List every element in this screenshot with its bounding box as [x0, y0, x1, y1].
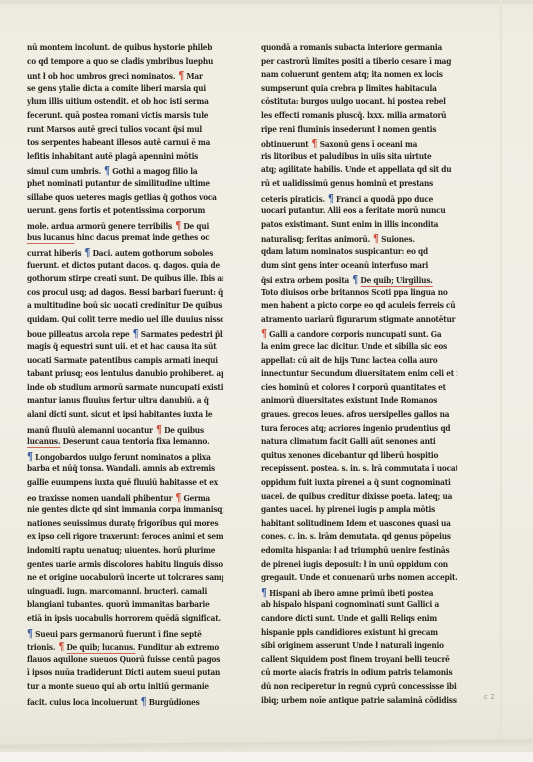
- line-text: tura feroces atq; acriores ingenio prude…: [261, 424, 450, 434]
- line-text: boue pilleatus arcola repe: [27, 330, 130, 340]
- rubric-section-start: Hispani ab ibero amne primū ibeti postea: [267, 589, 434, 599]
- rubric-underline: lucanus.: [27, 437, 60, 448]
- text-line: cies hominū et colores ł corporū quantit…: [261, 382, 457, 396]
- text-line: facit. cuius loca incoluerunt ¶ Burgūdio…: [27, 695, 223, 709]
- line-text: nie gentes dicte qd sint immania corpa i…: [27, 505, 223, 515]
- text-line: ab hispalo hispani cognominati sunt Gall…: [261, 599, 457, 613]
- line-text: cies hominū et colores ł corporū quantit…: [261, 383, 446, 393]
- rubric-section-start: De quib; Uirgilius.: [358, 276, 433, 287]
- text-line: currat hiberis ¶ Daci. autem gothorum so…: [27, 246, 223, 260]
- blue-pilcrow-icon: ¶: [130, 327, 139, 340]
- text-line: ī ipsos nuūa tradiderunt Dicti autem sue…: [27, 667, 223, 681]
- red-pilcrow-icon: ¶: [308, 137, 317, 150]
- line-text: blangiani tubantes. quorū immanitas barb…: [27, 600, 210, 610]
- text-line: quitus xenones dicebantur qd liberū hosp…: [261, 450, 457, 464]
- rubric-section-start: Saxonū gens ī oceani ma: [317, 140, 417, 150]
- line-text: uocati Sarmate patentibus campis armati …: [27, 356, 218, 366]
- line-text: alani dicti sunt. sicut et ipsi habitant…: [27, 410, 212, 420]
- text-line: ceteris piraticis. ¶ Franci a quodā ppo …: [261, 192, 457, 206]
- line-text: nam coluerunt gentem atq; ita nomen ex l…: [261, 70, 443, 80]
- rubric-underline: De quib; lucanus.: [66, 643, 135, 654]
- line-text: natura climatum facit Galli aūt senones …: [261, 437, 436, 447]
- text-line: quondā a romanis subacta interiore germa…: [261, 42, 457, 56]
- text-line: bus lucanus hinc dacus premat inde gethe…: [27, 232, 223, 246]
- line-text: per castrorū limites positi a tiberio ce…: [261, 57, 451, 67]
- line-text: quondā a romanis subacta interiore germa…: [261, 43, 442, 53]
- rubric-section-start: Gothi a magog filio la: [110, 167, 198, 177]
- line-text: ī ipsos nuūa tradiderunt Dicti autem sue…: [27, 668, 220, 678]
- text-line: nū montem incolunt. de quibus hystorie p…: [27, 42, 223, 56]
- line-text: patos existimant. Sunt enim in illis inc…: [261, 220, 438, 230]
- text-line: per castrorū limites positi a tiberio ce…: [261, 56, 457, 70]
- line-text: Toto diuisos orbe britannos Scoti ppa li…: [261, 288, 448, 298]
- text-line: flauos aquilone sueuos Quorū fuisse cent…: [27, 654, 223, 668]
- text-line: phet nominati putantur de similitudine u…: [27, 178, 223, 192]
- line-text: simul cum umbris.: [27, 167, 101, 177]
- text-line: tabant priusq; eos lentulus danubio proh…: [27, 368, 223, 382]
- text-line: mole. ardua armorū genere terribilis ¶ D…: [27, 219, 223, 233]
- blue-pilcrow-icon: ¶: [81, 246, 90, 259]
- text-line: uinguadi. iugn. marcomanni. bructeri. ca…: [27, 586, 223, 600]
- text-line: dum sint gens inter oceanū interfuso mar…: [261, 260, 457, 274]
- line-text: dum sint gens inter oceanū interfuso mar…: [261, 261, 428, 271]
- line-text: uocari putantur. Alii eos a feritate mor…: [261, 206, 446, 216]
- text-line: uacei. de quibus creditur dixisse poeta.…: [261, 491, 457, 505]
- text-line: co qd tempore a quo se cladis ymbribus l…: [27, 56, 223, 70]
- text-line: hispanie ppls candidiores existunt hi gr…: [261, 627, 457, 641]
- line-text: phet nominati putantur de similitudine u…: [27, 179, 210, 189]
- line-text: quitus xenones dicebantur qd liberū hosp…: [261, 451, 438, 461]
- text-line: ylum illis uitium ostendit. et ob hoc is…: [27, 96, 223, 110]
- line-text: gentes uarie armis discolores habitu lin…: [27, 560, 223, 570]
- line-text: nū montem incolunt. de quibus hystorie p…: [27, 43, 212, 53]
- text-line: q̄si extra orbem posita ¶ De quib; Uirgi…: [261, 273, 457, 287]
- line-text: sillabe quos ueteres magis getlias q̄ go…: [27, 193, 217, 203]
- line-text: ne et origine uocabulorū incerte ut tolc…: [27, 573, 223, 583]
- line-text: ris litoribus et paludibus in uiis sita …: [261, 152, 432, 162]
- line-text: gantes uacei. hy pirenei iugis p ampla m…: [261, 505, 435, 515]
- line-text: inde ob studium armorū sarmate nuncupati…: [27, 383, 223, 393]
- line-text: barba et nūq̄ tonsa. Wandali. amnis ab e…: [27, 464, 215, 474]
- blue-pilcrow-icon: ¶: [349, 273, 358, 286]
- rubric-underline: bus lucanus: [27, 233, 74, 244]
- line-text: tabant priusq; eos lentulus danubio proh…: [27, 369, 223, 379]
- line-text: graues. grecos leues. afros uersipelles …: [261, 410, 449, 420]
- rubric-section-start: De quibus: [162, 426, 204, 436]
- text-line: cos procul usq; ad dagos. Bessi barbari …: [27, 287, 223, 301]
- text-line: cōstituta: burgos uulgo uocant. hi poste…: [261, 96, 457, 110]
- line-text: se gens ytalie dicta a comite liberi mar…: [27, 84, 206, 94]
- line-text: bus lucanus hinc dacus premat inde gethe…: [27, 233, 209, 244]
- line-text: gothorum stirpe creati sunt. De quibus i…: [27, 274, 223, 284]
- text-line: sumpserunt quia crebra p limites habitac…: [261, 83, 457, 97]
- line-text: magis q̄ equestri sunt uii. et et hac ca…: [27, 342, 216, 352]
- line-text: flauos aquilone sueuos Quorū fuisse cent…: [27, 655, 220, 665]
- text-line: mantur ianus fluuius fertur ultra danubi…: [27, 395, 223, 409]
- rubric-section-start: Franci a quodā ppo duce: [334, 195, 433, 205]
- text-line: manū fluuiū alemanni uocantur ¶ De quibu…: [27, 423, 223, 437]
- text-line: candore dicti sunt. Unde et galli Reliqs…: [261, 613, 457, 627]
- line-text: tur a monte sueuo qui ab ortu initiū ger…: [27, 682, 209, 692]
- text-line: boue pilleatus arcola repe ¶ Sarmates pe…: [27, 327, 223, 341]
- text-line: alani dicti sunt. sicut et ipsi habitant…: [27, 409, 223, 423]
- red-pilcrow-icon: ¶: [172, 491, 181, 504]
- text-line: lefitis inhabitant autē plagā apennini m…: [27, 151, 223, 165]
- line-text: recepissent. postea. s. in. s. lrā commu…: [261, 464, 457, 474]
- text-line: uocati Sarmate patentibus campis armati …: [27, 355, 223, 369]
- text-line: gallie euumpens iuxta quē fluuiū habitas…: [27, 477, 223, 491]
- line-text: fuerunt. et dictos putant dacos. q. dago…: [27, 261, 220, 271]
- text-line: runt Marsos autē greci tulios vocant q̄s…: [27, 124, 223, 138]
- text-line: ris litoribus et paludibus in uiis sita …: [261, 151, 457, 165]
- line-text: de pirenei iugis deposuit: ł in unū oppi…: [261, 560, 448, 570]
- text-line: tur a monte sueuo qui ab ortu initiū ger…: [27, 681, 223, 695]
- text-line: dū non reciperetur in regnū cyprū conces…: [261, 681, 457, 695]
- rubric-section-start: Daci. autem gothorum soboles: [90, 249, 213, 259]
- text-line: se gens ytalie dicta a comite liberi mar…: [27, 83, 223, 97]
- text-line: a multitudine boū sic uocati credinitur …: [27, 300, 223, 314]
- text-line: sibi originem asserunt Unde ł naturali i…: [261, 640, 457, 654]
- line-text: nationes seuissimus duratę frigoribus qu…: [27, 519, 218, 529]
- line-text: habitant solitudinem Idem et uascones qu…: [261, 519, 451, 529]
- line-text: trionis.: [27, 643, 55, 653]
- rubric-underline: De quib; Uirgilius.: [360, 276, 432, 287]
- rubric-section-start: De qui: [181, 222, 209, 232]
- text-line: unt ł ob hoc umbros greci nominatos. ¶ M…: [27, 69, 223, 83]
- line-text: indomiti raptu uenatuq; uiuentes. horū p…: [27, 546, 215, 556]
- text-line: rū et ualidissimū genus hominū et presta…: [261, 178, 457, 192]
- line-text: cū morte aiacis fratris in odium patris …: [261, 668, 452, 678]
- text-line: sillabe quos ueteres magis getlias q̄ go…: [27, 192, 223, 206]
- text-line: gantes uacei. hy pirenei iugis p ampla m…: [261, 504, 457, 518]
- text-line: ¶ Hispani ab ibero amne primū ibeti post…: [261, 586, 457, 600]
- text-line: ¶ Longobardos uulgo ferunt nominatos a p…: [27, 450, 223, 464]
- line-text: naturalisq; feritas animorū.: [261, 235, 370, 245]
- text-line: patos existimant. Sunt enim in illis inc…: [261, 219, 457, 233]
- text-line: oppidum fuit iuxta pirenei a q̄ sunt cog…: [261, 477, 457, 491]
- text-line: de pirenei iugis deposuit: ł in unū oppi…: [261, 559, 457, 573]
- line-text: uerunt. gens fortis et potentissima corp…: [27, 206, 205, 216]
- line-text: unt ł ob hoc umbros greci nominatos.: [27, 72, 175, 82]
- line-text: co qd tempore a quo se cladis ymbribus l…: [27, 57, 213, 67]
- line-text: men habent a picto corpe eo qd aculeis f…: [261, 301, 455, 311]
- leaf-top-edge: [0, 0, 533, 4]
- text-line: qdam latum nominatos suspicantur: eo qd: [261, 246, 457, 260]
- text-line: ripe reni fluminis insederunt ł nomen ge…: [261, 124, 457, 138]
- text-line: gothorum stirpe creati sunt. De quibus i…: [27, 273, 223, 287]
- line-text: quidam. Qui colit terre medio uel ille d…: [27, 315, 223, 325]
- text-line: innectuntur Secundum diuersitatem enim c…: [261, 368, 457, 382]
- text-line: cū morte aiacis fratris in odium patris …: [261, 667, 457, 681]
- line-text: cones. c. in. s. lrām demutata. qd genus…: [261, 532, 451, 542]
- text-line: inde ob studium armorū sarmate nuncupati…: [27, 382, 223, 396]
- text-line: obtinuerunt ¶ Saxonū gens ī oceani ma: [261, 137, 457, 151]
- text-line: edomita hispania: ł ad triumphū uenire f…: [261, 545, 457, 559]
- line-text: ab hispalo hispani cognominati sunt Gall…: [261, 600, 439, 610]
- text-line: etiā in ipsis uocabulis horrorem quēdā s…: [27, 613, 223, 627]
- text-line: blangiani tubantes. quorū immanitas barb…: [27, 599, 223, 613]
- text-line: naturalisq; feritas animorū. ¶ Suiones.: [261, 232, 457, 246]
- rubric-section-start: Burgūdiones: [146, 698, 199, 708]
- text-line: simul cum umbris. ¶ Gothi a magog filio …: [27, 164, 223, 178]
- line-text: facit. cuius loca incoluerunt: [27, 698, 138, 708]
- line-text: gallie euumpens iuxta quē fluuiū habitas…: [27, 478, 218, 488]
- line-text: fecerunt. quā postea romani victis marsi…: [27, 111, 208, 121]
- line-text: runt Marsos autē greci tulios vocant q̄s…: [27, 125, 202, 135]
- line-text: uinguadi. iugn. marcomanni. bructeri. ca…: [27, 587, 207, 597]
- line-text: atramento uariarū figurarum stigmate ann…: [261, 315, 455, 325]
- text-line: animorū diuersitates existunt Inde Roman…: [261, 395, 457, 409]
- leaf-fold-shadow: [500, 0, 502, 752]
- blue-pilcrow-icon: ¶: [325, 192, 334, 205]
- blue-pilcrow-icon: ¶: [138, 695, 147, 708]
- text-line: Toto diuisos orbe britannos Scoti ppa li…: [261, 287, 457, 301]
- text-line: lucanus. Deserunt caua tentoria fixa lem…: [27, 436, 223, 450]
- text-line: uerunt. gens fortis et potentissima corp…: [27, 205, 223, 219]
- text-line: atq; agilitate habilis. Unde et appellat…: [261, 164, 457, 178]
- text-line: recepissent. postea. s. in. s. lrā commu…: [261, 463, 457, 477]
- line-text: ripe reni fluminis insederunt ł nomen ge…: [261, 125, 436, 135]
- blue-pilcrow-icon: ¶: [101, 164, 110, 177]
- rubric-section-start: Sarmates pedestri p̄lio: [138, 330, 223, 340]
- text-line: fecerunt. quā postea romani victis marsi…: [27, 110, 223, 124]
- line-text: animorū diuersitates existunt Inde Roman…: [261, 396, 437, 406]
- background-below-leaf: [0, 752, 533, 762]
- line-text: la enim grece lac dicitur. Unde et sibil…: [261, 342, 447, 352]
- line-text: qdam latum nominatos suspicantur: eo qd: [261, 247, 428, 257]
- line-text: ylum illis uitium ostendit. et ob hoc is…: [27, 97, 209, 107]
- text-line: eo traxisse nomen uandali phibentur ¶ Ge…: [27, 491, 223, 505]
- line-text: manū fluuiū alemanni uocantur: [27, 426, 153, 436]
- line-text: lefitis inhabitant autē plagā apennini m…: [27, 152, 198, 162]
- line-text: les effecti romanis pluscq̄. lxxx. milia…: [261, 111, 446, 121]
- text-line: ibiq; urbem noīe antique patrie salaminā…: [261, 695, 457, 709]
- text-line: atramento uariarū figurarum stigmate ann…: [261, 314, 457, 328]
- text-line: gentes uarie armis discolores habitu lin…: [27, 559, 223, 573]
- line-text: gregauit. Unde et conuenarū urbs nomen a…: [261, 573, 457, 583]
- rubric-section-start: De quib; lucanus. Funditur ab extremo: [64, 643, 219, 654]
- text-line: gregauit. Unde et conuenarū urbs nomen a…: [261, 572, 457, 586]
- left-text-column: nū montem incolunt. de quibus hystorie p…: [27, 42, 223, 708]
- line-text: currat hiberis: [27, 249, 81, 259]
- rubric-section-start: Germa: [181, 494, 210, 504]
- rubric-section-start: Galli a candore corporis nuncupati sunt.…: [267, 330, 442, 340]
- line-text: edomita hispania: ł ad triumphū uenire f…: [261, 546, 449, 556]
- text-line: la enim grece lac dicitur. Unde et sibil…: [261, 341, 457, 355]
- text-line: tos serpentes habeant illesos autē carnu…: [27, 137, 223, 151]
- text-line: tura feroces atq; acriores ingenio prude…: [261, 423, 457, 437]
- rubric-section-start: Mar: [184, 72, 203, 82]
- line-text: sibi originem asserunt Unde ł naturali i…: [261, 641, 444, 651]
- line-text: ceteris piraticis.: [261, 195, 325, 205]
- line-text: appellat: cū ait de hijs Tunc lactea col…: [261, 356, 438, 366]
- line-text: rū et ualidissimū genus hominū et presta…: [261, 179, 433, 189]
- line-text: cōstituta: burgos uulgo uocant. hi poste…: [261, 97, 446, 107]
- text-line: callent Siquidem post finem troyani bell…: [261, 654, 457, 668]
- red-pilcrow-icon: ¶: [153, 423, 162, 436]
- text-line: nationes seuissimus duratę frigoribus qu…: [27, 518, 223, 532]
- text-line: graues. grecos leues. afros uersipelles …: [261, 409, 457, 423]
- text-line: fuerunt. et dictos putant dacos. q. dago…: [27, 260, 223, 274]
- text-line: cones. c. in. s. lrām demutata. qd genus…: [261, 531, 457, 545]
- text-line: ¶ Galli a candore corporis nuncupati sun…: [261, 327, 457, 341]
- line-text: candore dicti sunt. Unde et galli Reliqs…: [261, 614, 437, 624]
- line-text: eo traxisse nomen uandali phibentur: [27, 494, 172, 504]
- text-line: ne et origine uocabulorū incerte ut tolc…: [27, 572, 223, 586]
- text-line: uocari putantur. Alii eos a feritate mor…: [261, 205, 457, 219]
- red-pilcrow-icon: ¶: [172, 219, 181, 232]
- manuscript-leaf: nū montem incolunt. de quibus hystorie p…: [0, 0, 533, 752]
- text-line: barba et nūq̄ tonsa. Wandali. amnis ab e…: [27, 463, 223, 477]
- line-text: mantur ianus fluuius fertur ultra danubi…: [27, 396, 209, 406]
- line-text: uacei. de quibus creditur dixisse poeta.…: [261, 492, 452, 502]
- text-line: quidam. Qui colit terre medio uel ille d…: [27, 314, 223, 328]
- right-text-column: quondā a romanis subacta interiore germa…: [261, 42, 453, 708]
- red-pilcrow-icon: ¶: [370, 232, 379, 245]
- line-text: tos serpentes habeant illesos autē carnu…: [27, 138, 210, 148]
- text-line: ¶ Sueui pars germanorū fuerunt ī fine se…: [27, 627, 223, 641]
- text-line: natura climatum facit Galli aūt senones …: [261, 436, 457, 450]
- text-line: les effecti romanis pluscq̄. lxxx. milia…: [261, 110, 457, 124]
- line-text: etiā in ipsis uocabulis horrorem quēdā s…: [27, 614, 221, 624]
- line-text: innectuntur Secundum diuersitatem enim c…: [261, 369, 457, 379]
- line-text: a multitudine boū sic uocati credinitur …: [27, 301, 222, 311]
- text-line: magis q̄ equestri sunt uii. et et hac ca…: [27, 341, 223, 355]
- line-text: ex ipso celi rigore traxerunt: feroces a…: [27, 532, 223, 542]
- text-line: appellat: cū ait de hijs Tunc lactea col…: [261, 355, 457, 369]
- line-text: callent Siquidem post finem troyani bell…: [261, 655, 450, 665]
- line-text: ibiq; urbem noīe antique patrie salaminā…: [261, 696, 457, 706]
- foliation-mark: c 2: [484, 693, 495, 701]
- line-text: lucanus. Deserunt caua tentoria fixa lem…: [27, 437, 209, 448]
- text-line: ex ipso celi rigore traxerunt: feroces a…: [27, 531, 223, 545]
- line-text: dū non reciperetur in regnū cyprū conces…: [261, 682, 457, 692]
- text-line: nie gentes dicte qd sint immania corpa i…: [27, 504, 223, 518]
- text-line: habitant solitudinem Idem et uascones qu…: [261, 518, 457, 532]
- red-pilcrow-icon: ¶: [55, 640, 64, 653]
- line-text: cos procul usq; ad dagos. Bessi barbari …: [27, 288, 223, 298]
- rubric-section-start: Longobardos uulgo ferunt nominatos a pli…: [33, 453, 211, 463]
- text-line: nam coluerunt gentem atq; ita nomen ex l…: [261, 69, 457, 83]
- rubric-section-start: Sueui pars germanorū fuerunt ī fine sept…: [33, 630, 202, 640]
- line-text: hispanie ppls candidiores existunt hi gr…: [261, 628, 438, 638]
- text-line: trionis. ¶ De quib; lucanus. Funditur ab…: [27, 640, 223, 654]
- line-text: sumpserunt quia crebra p limites habitac…: [261, 84, 437, 94]
- line-text: atq; agilitate habilis. Unde et appellat…: [261, 165, 451, 175]
- line-text: oppidum fuit iuxta pirenei a q̄ sunt cog…: [261, 478, 451, 488]
- text-line: indomiti raptu uenatuq; uiuentes. horū p…: [27, 545, 223, 559]
- line-text: mole. ardua armorū genere terribilis: [27, 222, 172, 232]
- line-text: obtinuerunt: [261, 140, 308, 150]
- rubric-section-start: Suiones.: [379, 235, 415, 245]
- red-pilcrow-icon: ¶: [175, 69, 184, 82]
- text-line: men habent a picto corpe eo qd aculeis f…: [261, 300, 457, 314]
- line-text: q̄si extra orbem posita: [261, 276, 349, 286]
